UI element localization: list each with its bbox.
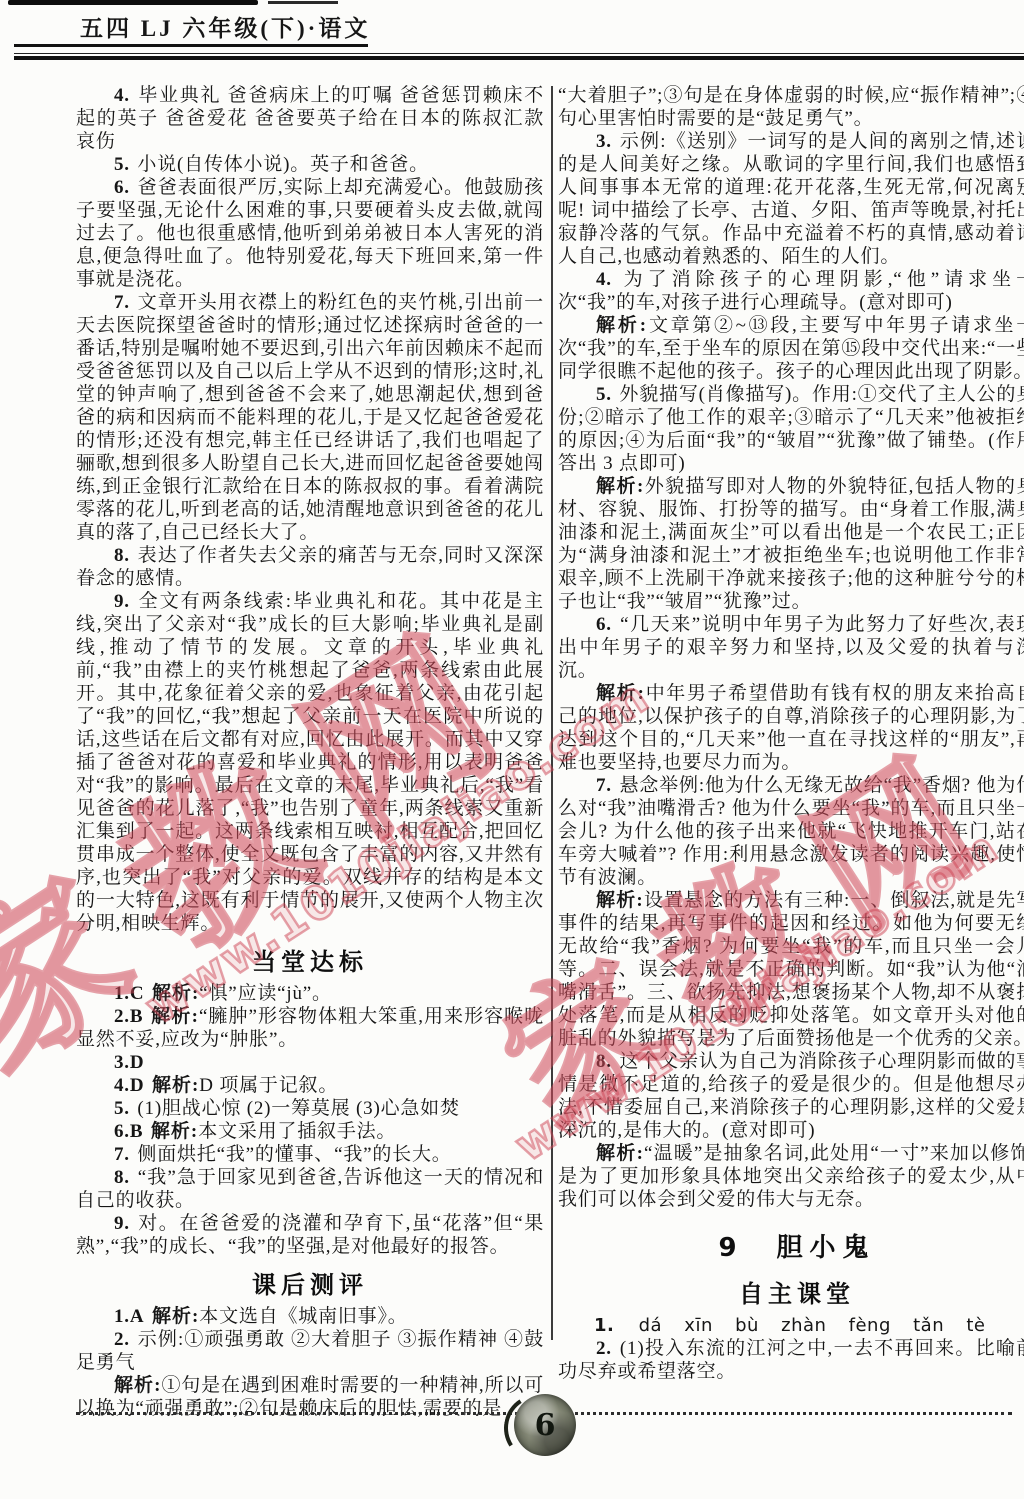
- answer-paragraph: 3. 示例:《送别》一词写的是人间的离别之情,述说的是人间美好之缘。从歌词的字里…: [558, 130, 1024, 268]
- answer-paragraph: 5. (1)胆战心惊 (2)一筹莫展 (3)心急如焚: [76, 1097, 544, 1120]
- analysis-label: 解析:: [596, 476, 644, 497]
- left-text-column: 4. 毕业典礼 爸爸病床上的叮嘱 爸爸惩罚赖床不起的英子 爸爸爱花 爸爸要英子给…: [76, 84, 544, 1420]
- answer-number: 3.D: [114, 1052, 146, 1073]
- analysis-label: 解析:: [152, 1075, 199, 1096]
- answer-number: 8.: [114, 545, 132, 566]
- answer-paragraph: 7. 侧面烘托“我”的懂事、“我”的长大。: [76, 1143, 544, 1166]
- answer-paragraph: 1.A 解析:本文选自《城南旧事》。: [76, 1305, 544, 1328]
- answer-paragraph: 7. 悬念举例:他为什么无缘无故给“我”香烟? 他为什么对“我”油嘴滑舌? 他为…: [558, 774, 1024, 889]
- answer-number: 1.A: [114, 1306, 146, 1327]
- answer-number: 9.: [114, 591, 132, 612]
- answer-paragraph: 4. 为了消除孩子的心理阴影,“他”请求坐一次“我”的车,对孩子进行心理疏导。(…: [558, 268, 1024, 314]
- scanned-workbook-page: 五四 LJ 六年级(下)·语文 4. 毕业典礼 爸爸病床上的叮嘱 爸爸惩罚赖床不…: [0, 0, 1024, 1499]
- answer-number: 6.B: [114, 1121, 145, 1142]
- analysis-label: 解析:: [596, 315, 647, 336]
- answer-number: 5.: [114, 1098, 132, 1119]
- analysis-label: 解析:: [151, 1121, 198, 1142]
- answer-paragraph: 6.B 解析:本文采用了插叙手法。: [76, 1120, 544, 1143]
- answer-number: 4.: [114, 85, 132, 106]
- answer-number: 1.: [594, 1315, 616, 1336]
- analysis-label: 解析:: [151, 1006, 199, 1027]
- answer-number: 5.: [114, 154, 132, 175]
- answer-number: 2.B: [114, 1006, 145, 1027]
- answer-number: 5.: [596, 384, 614, 405]
- answer-paragraph: 解析:“温暖”是抽象名词,此处用“一寸”来加以修饰,是为了更加形象具体地突出父亲…: [558, 1142, 1024, 1211]
- answer-number: 2.: [114, 1329, 132, 1350]
- answer-number: 6.: [114, 177, 132, 198]
- answer-paragraph: 1. dá xīn bù zhàn fèng tǎn tè: [558, 1314, 1024, 1337]
- right-text-column: “大着胆子”;③句是在身体虚弱的时候,应“振作精神”;④句心里害怕时需要的是“鼓…: [558, 84, 1024, 1383]
- answer-paragraph: 5. 小说(自传体小说)。英子和爸爸。: [76, 153, 544, 176]
- paragraph-continued: “大着胆子”;③句是在身体虚弱的时候,应“振作精神”;④句心里害怕时需要的是“鼓…: [558, 84, 1024, 130]
- answer-paragraph: 8. 这个父亲认为自己为消除孩子心理阴影而做的事情是微不足道的,给孩子的爱是很少…: [558, 1050, 1024, 1142]
- answer-paragraph: 解析:文章第②~⑬段,主要写中年男子请求坐一次“我”的车,至于坐车的原因在第⑮段…: [558, 314, 1024, 383]
- answer-number: 4.D: [114, 1075, 146, 1096]
- answer-number: 3.: [596, 131, 614, 152]
- analysis-label: 解析:: [596, 890, 644, 911]
- answer-paragraph: 6. 爸爸表面很严厉,实际上却充满爱心。他鼓励孩子要坚强,无论什么困难的事,只要…: [76, 176, 544, 291]
- answer-number: 8.: [596, 1051, 614, 1072]
- answer-number: 1.C: [114, 983, 146, 1004]
- answer-paragraph: 解析:中年男子希望借助有钱有权的朋友来抬高自己的地位,以保护孩子的自尊,消除孩子…: [558, 682, 1024, 774]
- answer-number: 6.: [596, 614, 614, 635]
- answer-paragraph: 3.D: [76, 1051, 544, 1074]
- answer-paragraph: 解析:设置悬念的方法有三种:一、倒叙法,就是先写事件的结果,再写事件的起因和经过…: [558, 889, 1024, 1050]
- section-heading: 当堂达标: [76, 942, 544, 977]
- scan-artifact: [268, 1, 338, 4]
- answer-paragraph: 2. (1)投入东流的江河之中,一去不再回来。比喻前功尽弃或希望落空。: [558, 1337, 1024, 1383]
- header-rule-full-thick: [14, 56, 1024, 60]
- answer-paragraph: 2. 示例:①顽强勇敢 ②大着胆子 ③振作精神 ④鼓足勇气: [76, 1328, 544, 1374]
- answer-paragraph: 1.C 解析:“惧”应读“jù”。: [76, 982, 544, 1005]
- answer-paragraph: 4. 毕业典礼 爸爸病床上的叮嘱 爸爸惩罚赖床不起的英子 爸爸爱花 爸爸要英子给…: [76, 84, 544, 153]
- section-heading: 自主课堂: [558, 1274, 1024, 1309]
- answer-number: 9.: [114, 1213, 132, 1234]
- analysis-label: 解析:: [596, 1143, 644, 1164]
- answer-paragraph: 8. “我”急于回家见到爸爸,告诉他这一天的情况和自己的收获。: [76, 1166, 544, 1212]
- analysis-label: 解析:: [114, 1375, 161, 1396]
- answer-paragraph: 9. 全文有两条线索:毕业典礼和花。其中花是主线,突出了父亲对“我”成长的巨大影…: [76, 590, 544, 935]
- section-heading: 课后测评: [76, 1265, 544, 1300]
- answer-paragraph: 解析:外貌描写即对人物的外貌特征,包括人物的身材、容貌、服饰、打扮等的描写。由“…: [558, 475, 1024, 613]
- answer-paragraph: 4.D 解析:D 项属于记叙。: [76, 1074, 544, 1097]
- answer-paragraph: 8. 表达了作者失去父亲的痛苦与无奈,同时又深深眷念的感情。: [76, 544, 544, 590]
- header-rule-full-thin: [14, 53, 1024, 54]
- answer-paragraph: 2.B 解析:“臃肿”形容物体粗大笨重,用来形容喉咙显然不妥,应改为“肿胀”。: [76, 1005, 544, 1051]
- header-rule: [14, 44, 368, 47]
- page-number-badge: 6: [514, 1394, 576, 1456]
- answer-number: 4.: [596, 269, 614, 290]
- answer-number: 7.: [114, 292, 132, 313]
- answer-number: 8.: [114, 1167, 132, 1188]
- answer-paragraph: 7. 文章开头用衣襟上的粉红色的夹竹桃,引出前一天去医院探望爸爸时的情形;通过忆…: [76, 291, 544, 544]
- answer-paragraph: 6. “几天来”说明中年男子为此努力了好些次,表现出中年男子的艰辛努力和坚持,以…: [558, 613, 1024, 682]
- answer-number: 7.: [114, 1144, 132, 1165]
- lesson-heading: 9 胆小鬼: [558, 1227, 1024, 1264]
- analysis-label: 解析:: [152, 1306, 199, 1327]
- answer-paragraph: 9. 对。在爸爸爱的浇灌和孕育下,虽“花落”但“果熟”,“我”的成长、“我”的坚…: [76, 1212, 544, 1258]
- answer-number: 7.: [596, 775, 614, 796]
- answer-number: 2.: [596, 1338, 614, 1359]
- column-divider: [551, 86, 553, 1340]
- analysis-label: 解析:: [596, 683, 645, 704]
- page-number: 6: [535, 1408, 556, 1443]
- analysis-label: 解析:: [152, 983, 199, 1004]
- scan-artifact: [8, 0, 258, 5]
- page-header-title: 五四 LJ 六年级(下)·语文: [80, 10, 370, 43]
- answer-paragraph: 5. 外貌描写(肖像描写)。作用:①交代了主人公的身份;②暗示了他工作的艰辛;③…: [558, 383, 1024, 475]
